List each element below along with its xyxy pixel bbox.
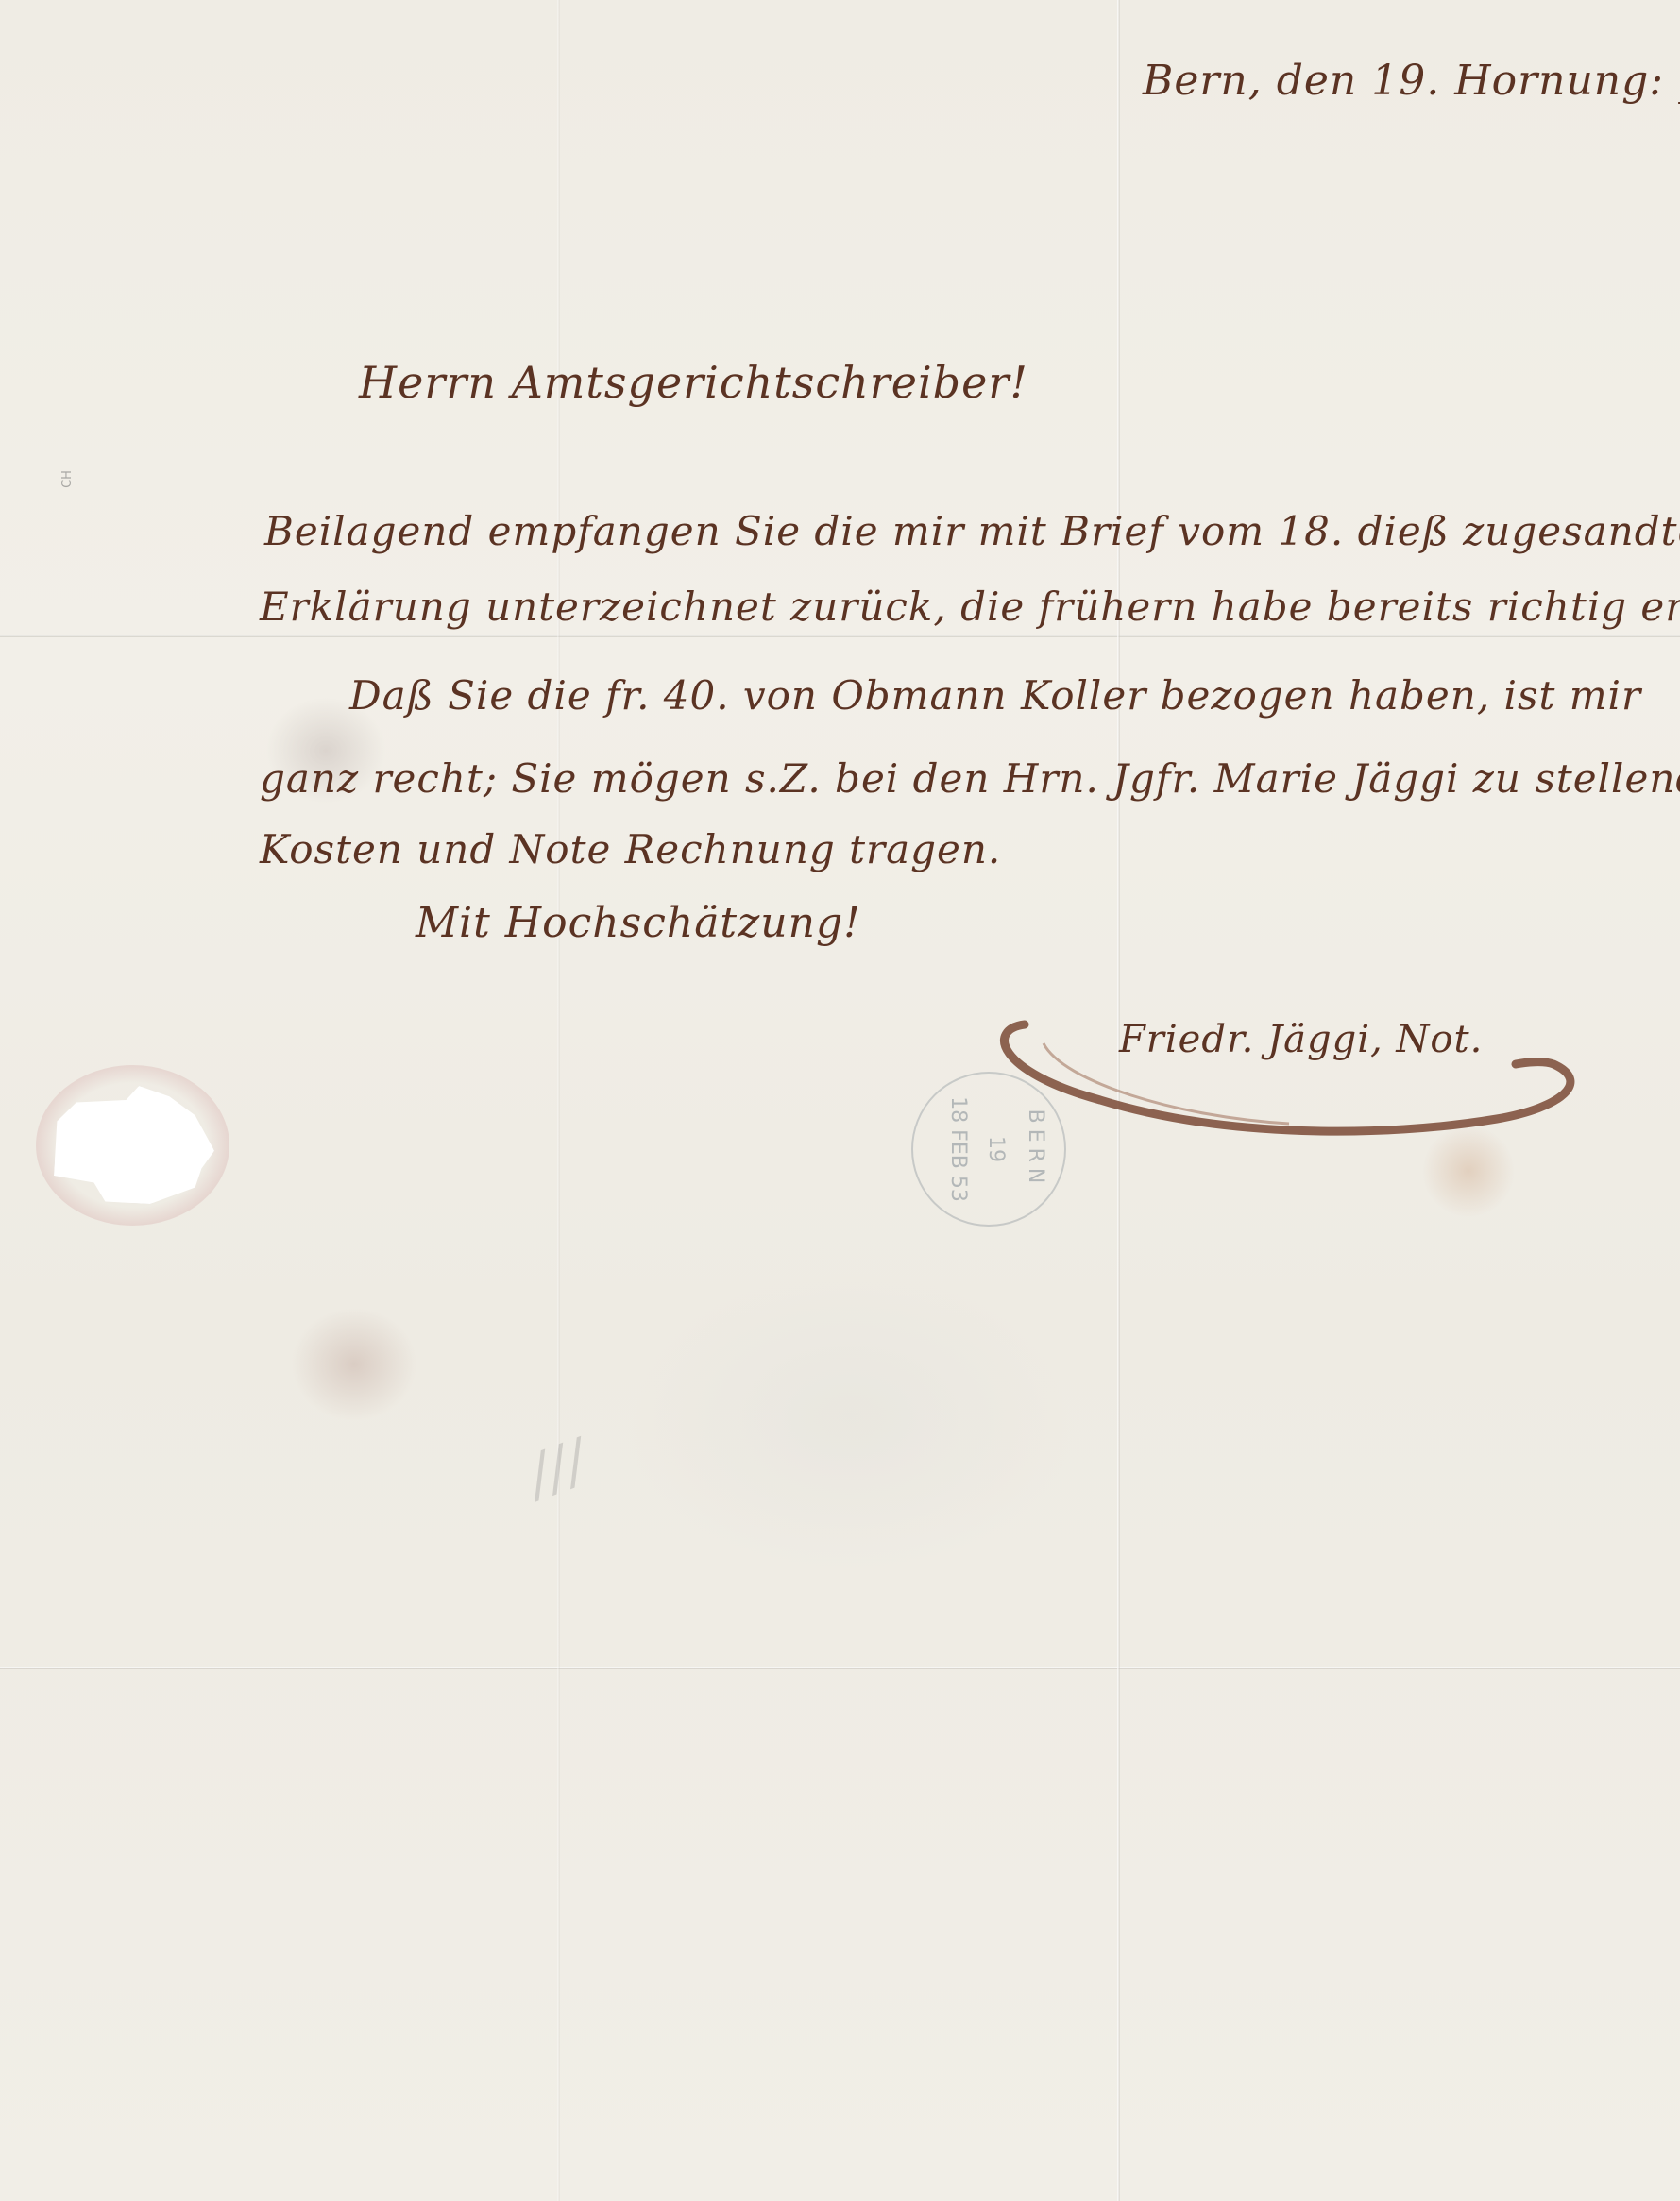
- postmark-date: 18 FEB 53: [946, 1074, 970, 1225]
- salutation: Herrn Amtsgerichtschreiber!: [359, 357, 1028, 408]
- postmark-stamp: BERN 19 18 FEB 53: [911, 1072, 1066, 1227]
- margin-note: CH: [60, 470, 75, 488]
- fold-line-horizontal-2: [0, 1667, 1680, 1669]
- fold-line-vertical-2: [557, 0, 560, 2201]
- body-line: Erklärung unterzeichnet zurück, die früh…: [260, 584, 1680, 630]
- body-line: Beilagend empfangen Sie die mir mit Brie…: [264, 508, 1680, 554]
- body-line: Daß Sie die fr. 40. von Obmann Koller be…: [349, 672, 1641, 719]
- fold-line-horizontal-1: [0, 635, 1680, 637]
- body-line: ganz recht; Sie mögen s.Z. bei den Hrn. …: [260, 755, 1680, 802]
- place-date: Bern, den 19. Hornung:: [1143, 57, 1664, 105]
- signature: Friedr. Jäggi, Not.: [1119, 1018, 1483, 1061]
- closing: Mit Hochschätzung!: [416, 899, 861, 947]
- postmark-day: 19: [984, 1074, 1008, 1225]
- body-line: Kosten und Note Rechnung tragen.: [260, 826, 1001, 872]
- dateline: Bern, den 19. Hornung: 1853.: [1143, 57, 1680, 105]
- postmark-city: BERN: [1024, 1074, 1047, 1225]
